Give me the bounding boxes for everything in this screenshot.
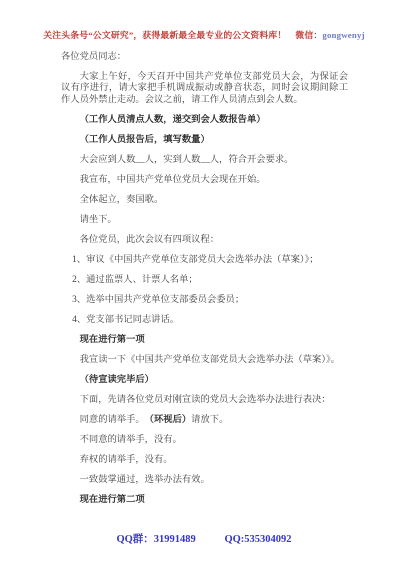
qq-group-number: QQ群：31991489: [116, 534, 195, 545]
vote-disagree-line: 不同意的请举手，没有。: [61, 435, 348, 446]
section-heading-2: 现在进行第二项: [61, 495, 348, 506]
header-banner: 关注头条号“公文研究”，获得最新最全最专业的公文资料库！ 微信：gongweny…: [0, 28, 408, 41]
vote-agree-line: 同意的请举手。 （环视后）请放下。: [61, 415, 348, 426]
agenda-item-1: 1、审议《中国共产党单位支部党员大会选举办法（草案）》；: [61, 255, 348, 266]
stage-direction-after-reading: （待宣读完毕后）: [61, 375, 348, 386]
agenda-item-2: 2、通过监票人、计票人名单；: [61, 275, 348, 286]
stage-direction-fill: （工作人员报告后，填写数量）: [61, 135, 348, 146]
opening-paragraph: 大家上午好，今天召开中国共产党单位支部党员大会，为保证会议有序进行，请大家把手机…: [61, 72, 348, 106]
agenda-intro: 各位党员，此次会议有四项议程：: [61, 235, 348, 246]
agenda-item-4: 4、党支部书记同志讲话。: [61, 315, 348, 326]
anthem-line: 全体起立，奏国歌。: [61, 195, 348, 206]
qq-number: QQ:535304092: [224, 534, 291, 545]
attendance-line: 大会应到人数__人，实到人数__人，符合开会要求。: [61, 155, 348, 166]
vote-abstain-line: 弃权的请举手，没有。: [61, 455, 348, 466]
document-body: 各位党员同志：大家上午好，今天召开中国共产党单位支部党员大会，为保证会议有序进行…: [61, 52, 348, 515]
footer-contact: QQ群：31991489 QQ:535304092: [0, 531, 408, 546]
header-promo-text: 关注头条号“公文研究”，获得最新最全最专业的公文资料库！ 微信：: [43, 30, 322, 40]
sit-down-line: 请坐下。: [61, 215, 348, 226]
vote-intro-line: 下面，先请各位党员对刚宣读的党员大会选举办法进行表决：: [61, 395, 348, 406]
read-rules-line: 我宣读一下《中国共产党单位支部党员大会选举办法（草案）》。: [61, 355, 348, 366]
vote-result-line: 一致鼓掌通过，选举办法有效。: [61, 475, 348, 486]
section-heading-1: 现在进行第一项: [61, 335, 348, 346]
agenda-item-3: 3、选举中国共产党单位支部委员会委员；: [61, 295, 348, 306]
salutation: 各位党员同志：: [61, 52, 348, 63]
announce-open-line: 我宣布，中国共产党单位党员大会现在开始。: [61, 175, 348, 186]
stage-direction-count: （工作人员清点人数，递交到会人数报告单）: [61, 115, 348, 126]
wechat-id: gongwenyj: [322, 30, 364, 40]
